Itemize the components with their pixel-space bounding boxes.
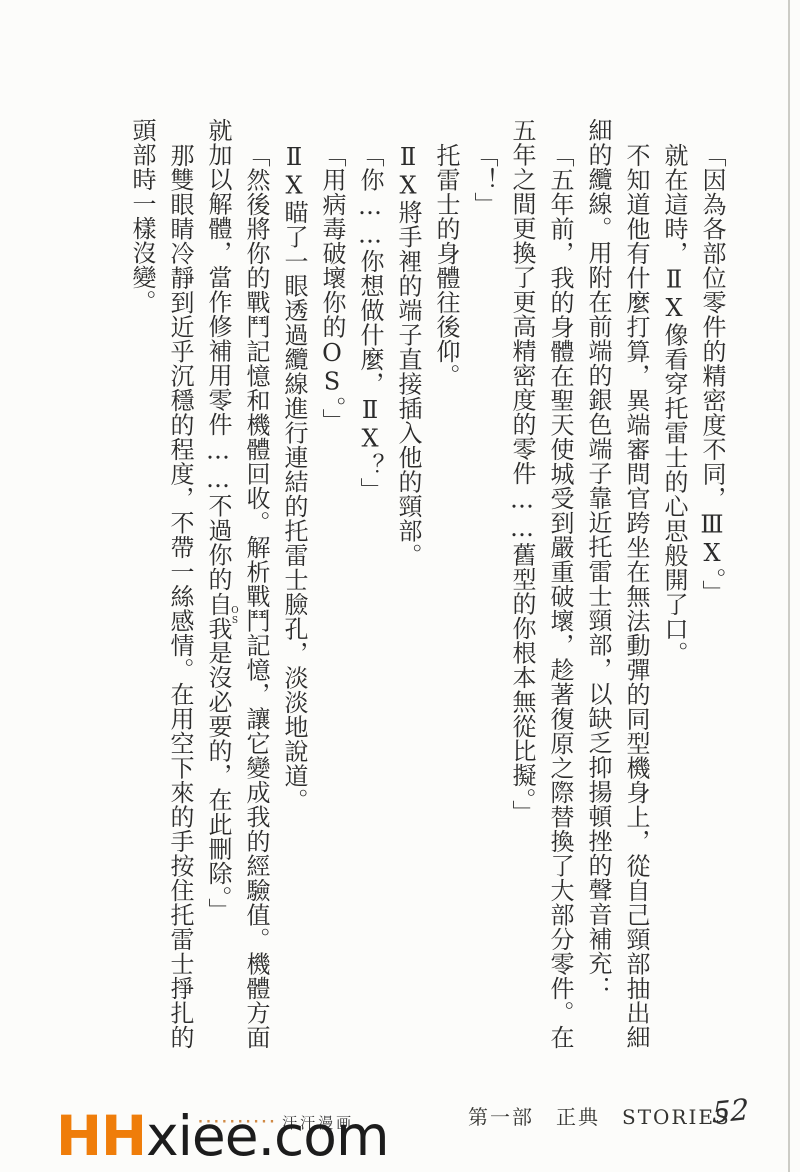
page-number: 52 xyxy=(712,1092,749,1130)
paragraph-2: 就在這時，ⅡX像看穿托雷士的心思般開了口。 xyxy=(655,118,693,1056)
running-title: 第一部 正典 STORIES xyxy=(468,1101,731,1130)
logo-prefix: HH xyxy=(56,1104,146,1168)
page-edge-line xyxy=(788,0,790,1172)
paragraph-11: 「然後將你的戰鬥記憶和機體回收。解析戰鬥記憶，讓它變成我的經驗值。機體方面就加以… xyxy=(199,118,275,1056)
paragraph-9: 「用病毒破壞你的OS。」 xyxy=(313,118,351,1056)
paragraph-3: 不知道他有什麼打算，異端審問官跨坐在無法動彈的同型機身上，從自己頸部抽出細細的纜… xyxy=(579,118,655,1056)
ruby-base: 自我 xyxy=(204,592,232,641)
novel-text-block: 「因為各部位零件的精密度不同，ⅢX。」 就在這時，ⅡX像看穿托雷士的心思般開了口… xyxy=(123,118,731,1056)
paragraph-10: ⅡX瞄了一眼透過纜線進行連結的托雷士臉孔，淡淡地說道。 xyxy=(275,118,313,1056)
paragraph-11-text-end: 是沒必要的，在此刪除。」 xyxy=(204,641,232,923)
paragraph-4: 「五年前，我的身體在聖天使城受到嚴重破壞，趁著復原之際替換了大部分零件。在五年之… xyxy=(503,118,579,1056)
paragraph-8: 「你……你想做什麼，ⅡX？」 xyxy=(351,118,389,1056)
ruby-annotation: 自我OS xyxy=(204,592,232,641)
watermark-logo: HHxiee.com xyxy=(56,1106,389,1167)
paragraph-1: 「因為各部位零件的精密度不同，ⅢX。」 xyxy=(693,118,731,1056)
paragraph-12: 那雙眼睛冷靜到近乎沉穩的程度，不帶一絲感情。在用空下來的手按住托雷士掙扎的頭部時… xyxy=(123,118,199,1056)
paragraph-5: 「！」 xyxy=(465,118,503,1056)
ruby-text: OS xyxy=(230,592,240,641)
logo-suffix: xiee.com xyxy=(146,1104,388,1168)
scanned-novel-page: { "novel": { "p01": "「因為各部位零件的精密度不同，ⅢX。」… xyxy=(0,0,800,1172)
paragraph-6: 托雷士的身體往後仰。 xyxy=(427,118,465,1056)
paragraph-7: ⅡX將手裡的端子直接插入他的頸部。 xyxy=(389,118,427,1056)
